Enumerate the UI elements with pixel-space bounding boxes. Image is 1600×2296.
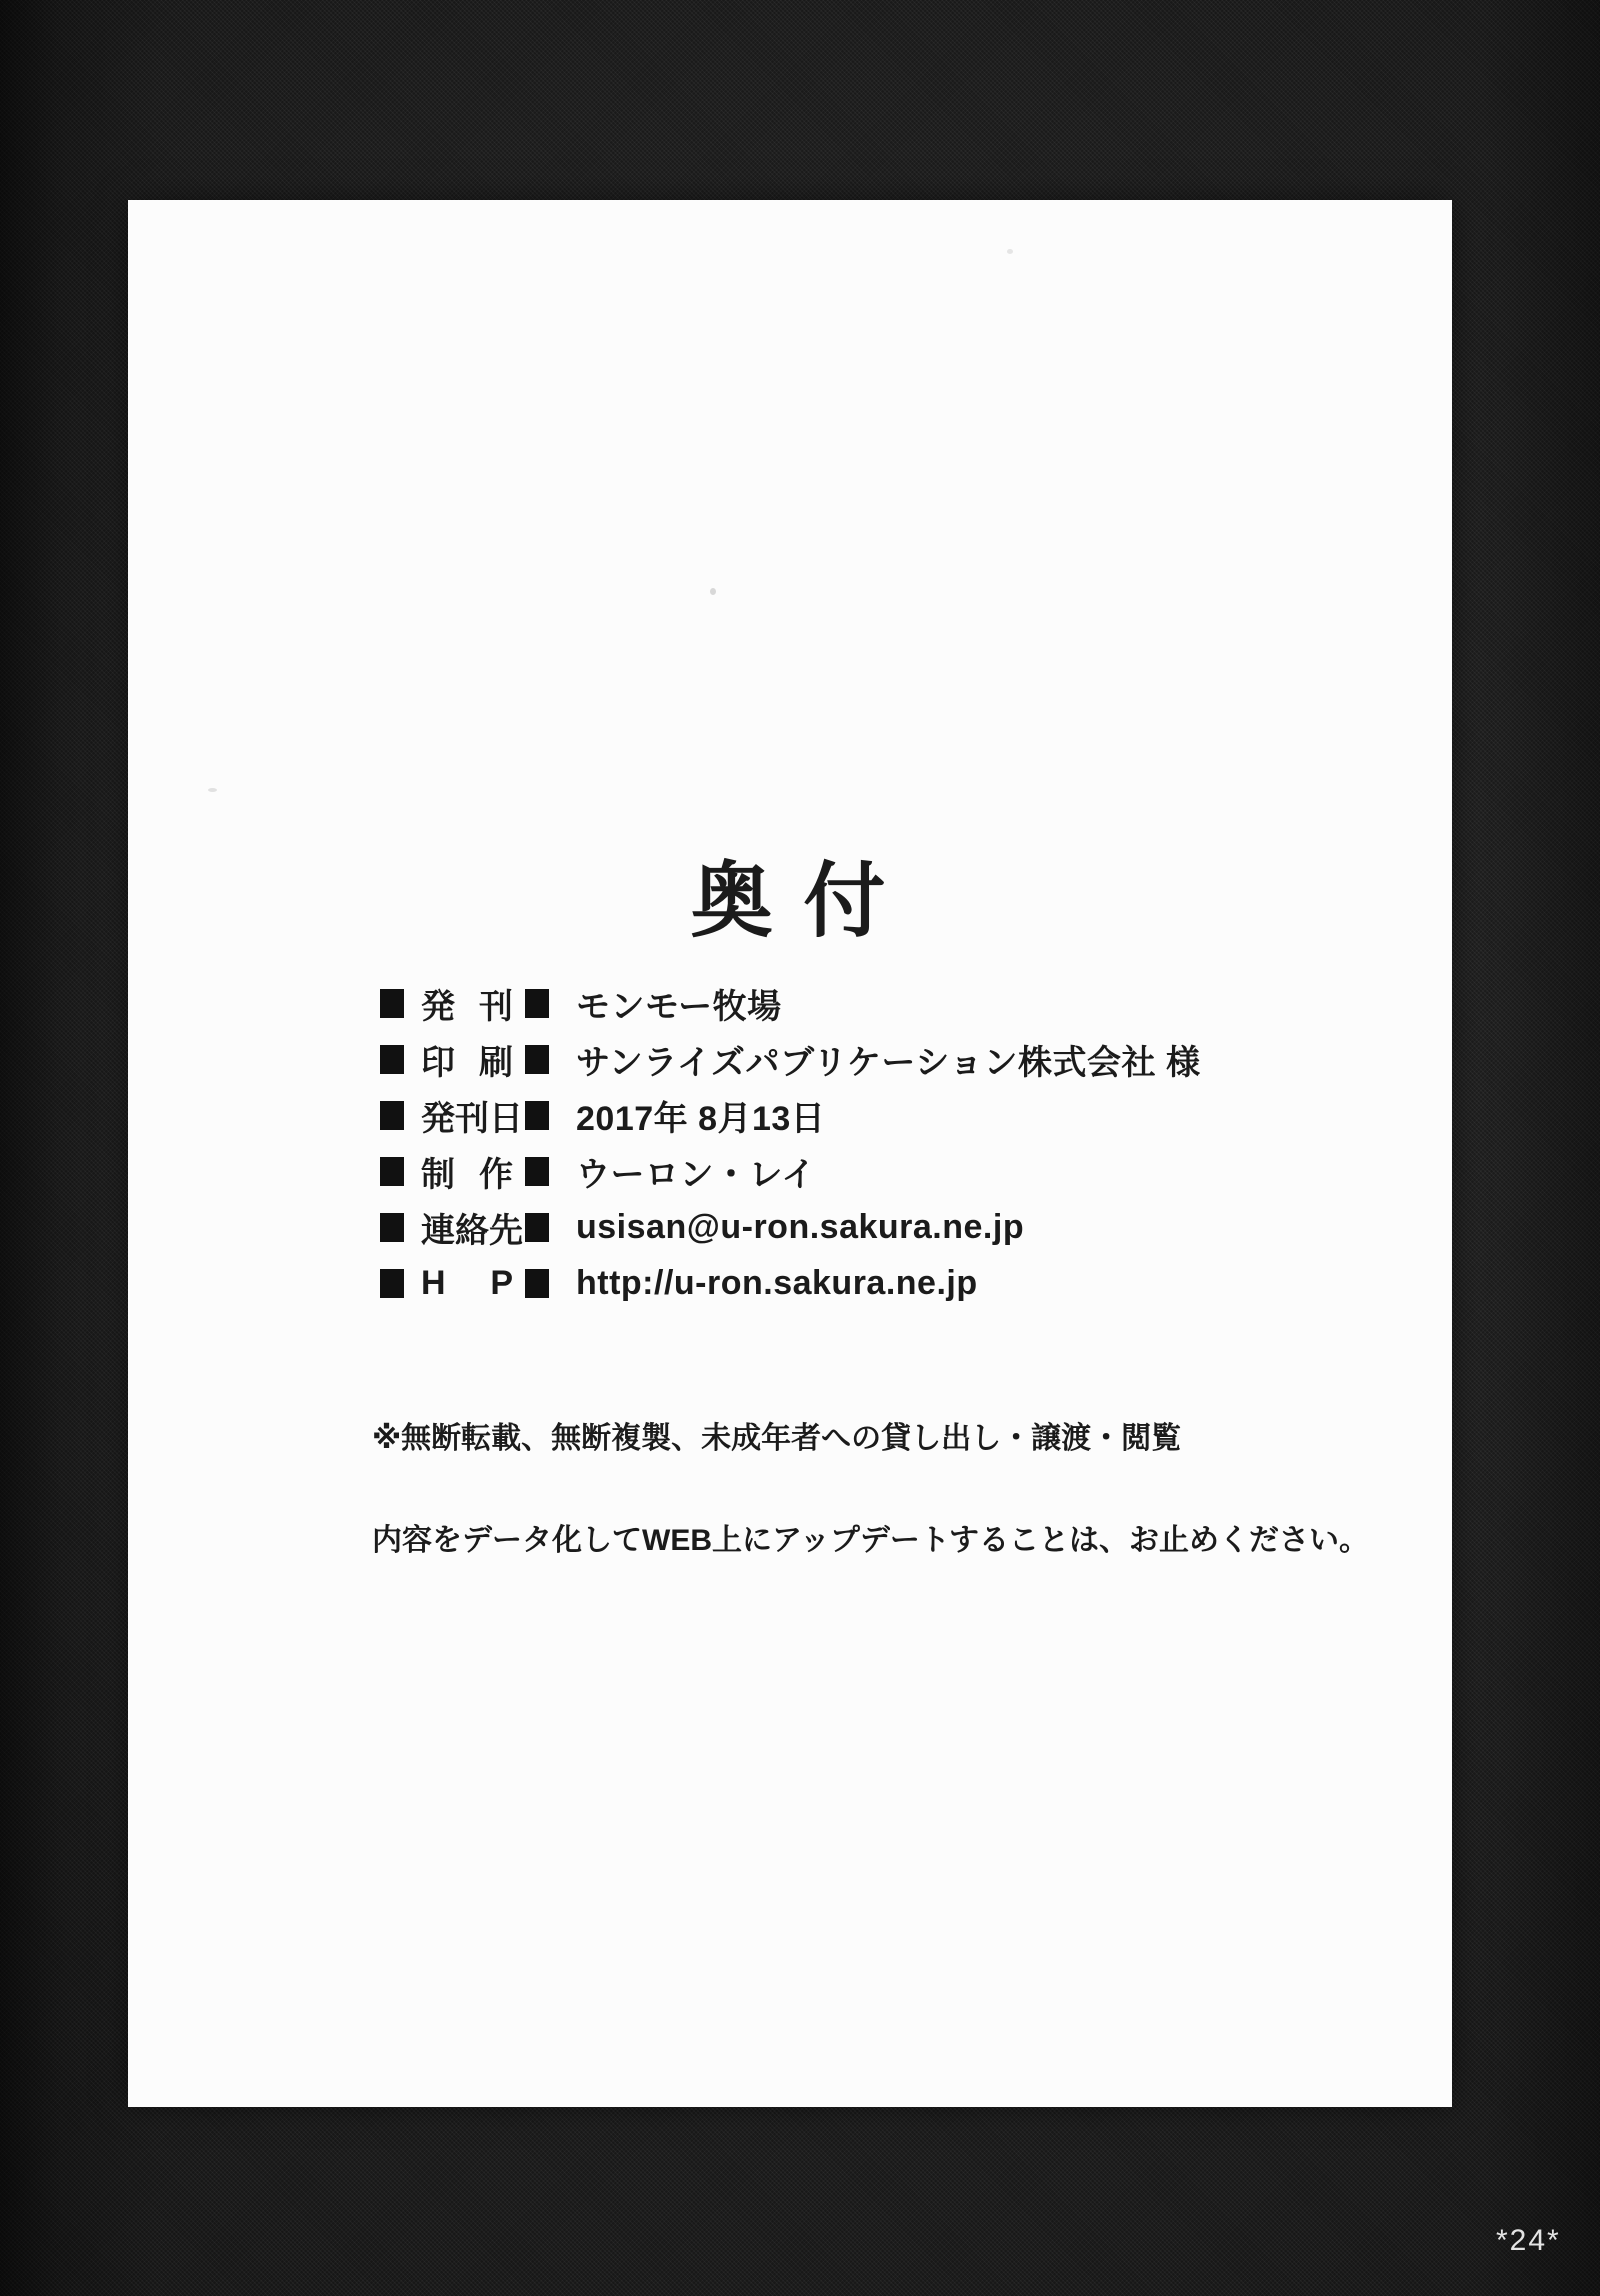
colophon-value: http://u-ron.sakura.ne.jp [576, 1264, 978, 1303]
notice-line: 内容をデータ化してWEB上にアップデートすることは、お止めください。 [372, 1524, 1369, 1558]
square-bullet-icon [525, 1269, 549, 1298]
colophon-label: 発刊日 [421, 1091, 513, 1140]
square-bullet-icon [380, 1157, 404, 1186]
square-bullet-icon [380, 1269, 404, 1298]
colophon-label: H P [421, 1264, 513, 1303]
colophon-row-author: 制 作 ウーロン・レイ [380, 1143, 1201, 1199]
paper-page: 奥 付 発 刊 モンモー牧場 印 刷 サンライズパブリケーション株式会社 様 発… [128, 200, 1452, 2107]
colophon-value: サンライズパブリケーション株式会社 様 [576, 1035, 1201, 1084]
colophon-value: ウーロン・レイ [576, 1147, 816, 1196]
square-bullet-icon [525, 989, 549, 1018]
colophon-row-homepage: H P http://u-ron.sakura.ne.jp [380, 1255, 1201, 1311]
book-cover-background: { "page": { "title": "奥 付", "colophon": … [0, 0, 1600, 2296]
scan-speck [208, 788, 217, 792]
colophon-value: 2017年 8月13日 [576, 1091, 825, 1140]
colophon-row-contact: 連絡先 usisan@u-ron.sakura.ne.jp [380, 1199, 1201, 1255]
colophon-value: モンモー牧場 [576, 979, 782, 1028]
page-number: *24* [1496, 2224, 1561, 2258]
scan-speck [710, 588, 716, 595]
square-bullet-icon [380, 1213, 404, 1242]
colophon-row-publisher: 発 刊 モンモー牧場 [380, 975, 1201, 1031]
colophon-row-printer: 印 刷 サンライズパブリケーション株式会社 様 [380, 1031, 1201, 1087]
colophon-label: 連絡先 [421, 1203, 513, 1252]
colophon-row-publish-date: 発刊日 2017年 8月13日 [380, 1087, 1201, 1143]
colophon-value: usisan@u-ron.sakura.ne.jp [576, 1208, 1024, 1247]
square-bullet-icon [380, 1045, 404, 1074]
colophon-label: 発 刊 [421, 979, 513, 1028]
page-title: 奥 付 [128, 836, 1452, 953]
square-bullet-icon [380, 1101, 404, 1130]
square-bullet-icon [525, 1045, 549, 1074]
notice-line: ※無断転載、無断複製、未成年者への貸し出し・譲渡・閲覧 [372, 1422, 1369, 1456]
colophon-list: 発 刊 モンモー牧場 印 刷 サンライズパブリケーション株式会社 様 発刊日 2… [380, 975, 1201, 1311]
colophon-label: 印 刷 [421, 1035, 513, 1084]
colophon-label: 制 作 [421, 1147, 513, 1196]
square-bullet-icon [525, 1101, 549, 1130]
copyright-notice: ※無断転載、無断複製、未成年者への貸し出し・譲渡・閲覧 内容をデータ化してWEB… [372, 1354, 1369, 1626]
square-bullet-icon [380, 989, 404, 1018]
square-bullet-icon [525, 1213, 549, 1242]
scan-speck [1007, 249, 1013, 254]
square-bullet-icon [525, 1157, 549, 1186]
